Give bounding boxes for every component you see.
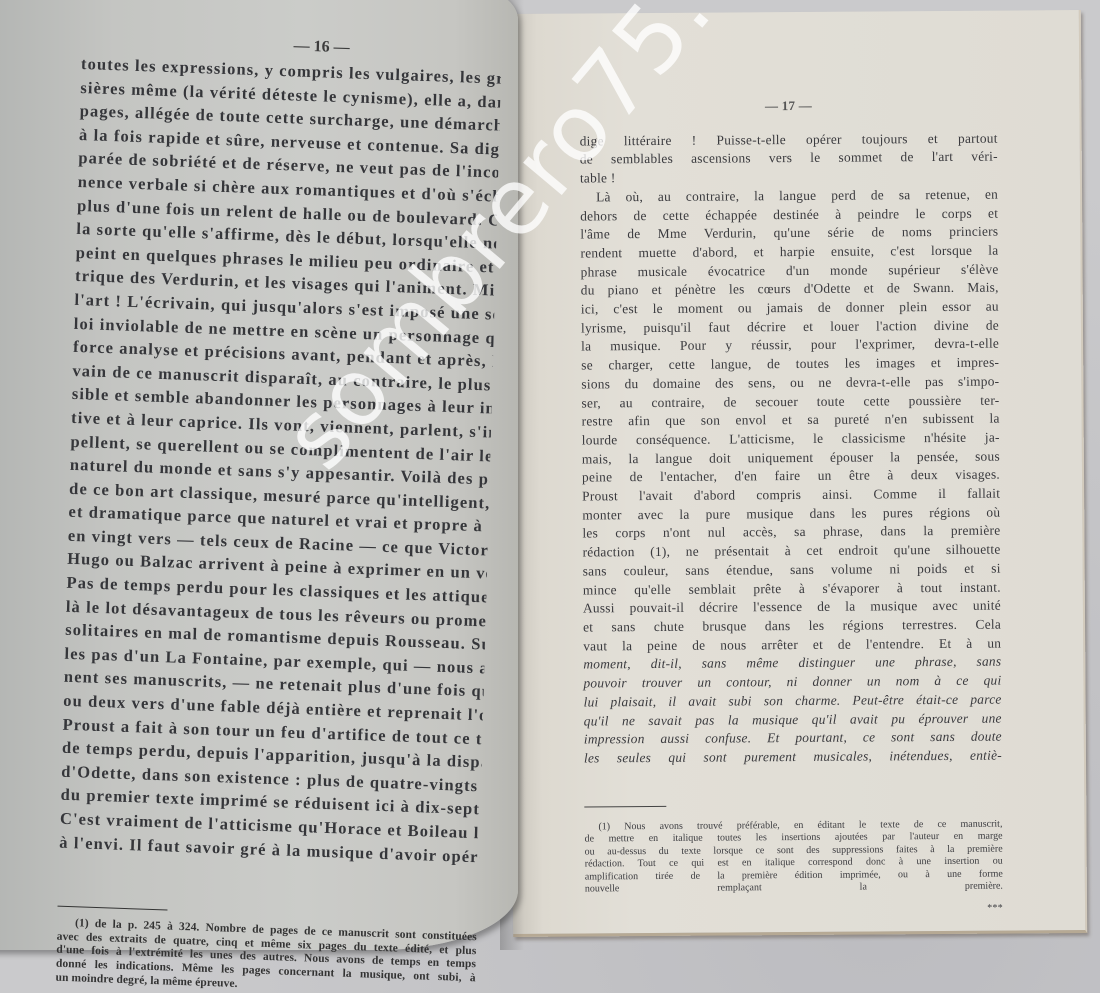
text-line: ici, c'est le moment ou jamais de donner… [581,298,999,320]
text-line: lourde conséquence. L'atticisme, le clas… [582,429,1000,451]
section-end-mark: *** [585,899,1003,921]
text-line: rendent muette d'abord, et harpie ensuit… [580,242,998,264]
right-page: — 17 — dige littéraire ! Puisse-t-elle o… [507,10,1087,937]
text-line: de semblables ascensions vers le sommet … [580,148,998,170]
footnote-line: nouvelle remplaçant la première. [585,881,1003,896]
photo-scene: — 17 — dige littéraire ! Puisse-t-elle o… [0,0,1100,993]
italic-insertion-line: lui plaisait, il avait subi son charme. … [584,690,1002,712]
footnote-rule [584,806,666,808]
right-page-text-block: — 17 — dige littéraire ! Puisse-t-elle o… [579,96,1003,921]
footnote: (1) Nous avons trouvé préférable, en édi… [584,818,1003,896]
text-line: sans couleur, sans étendue, sans volume … [583,559,1001,581]
italic-insertion-line: les seules qui sont purement musicales, … [584,746,1002,768]
paragraph-start-line: Là où, au contraire, la langue perd de s… [580,185,998,207]
text-line: sions du domaine des sens, ou ne devra-t… [581,372,999,394]
text-line: et sans chute brusque dans les régions t… [583,616,1001,638]
footnote-rule [58,906,168,911]
left-page-text-block: — 16 — toutes les expressions, y compris… [55,30,501,993]
left-page: — 16 — toutes les expressions, y compris… [0,0,518,950]
footnote: (1) de la p. 245 à 324. Nombre de pages … [55,917,477,993]
page-number-17: — 17 — [579,96,997,118]
